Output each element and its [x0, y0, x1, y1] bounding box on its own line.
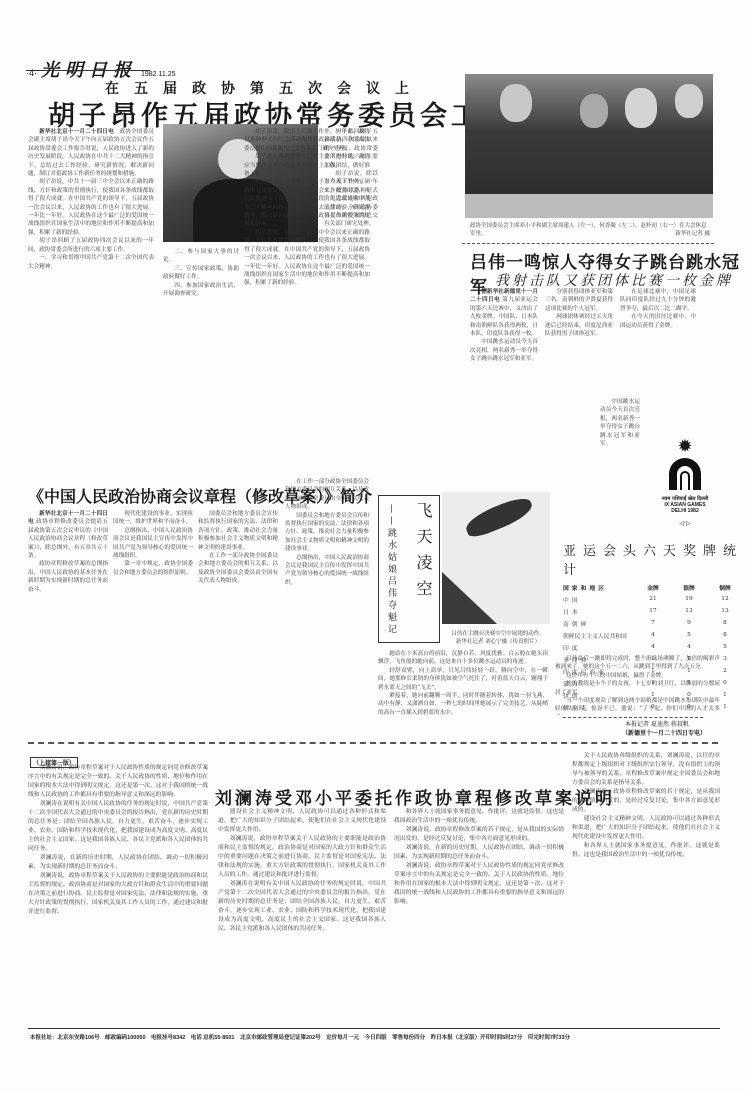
masthead-rule [26, 70, 150, 71]
medal-table-title: 亚运会头六天奖牌统计 [563, 540, 743, 578]
continued-col-1: 刘澜涛说，政协章程草案对于人民政协性质的规定同党章修改草案序言中的有关规定是完全… [28, 764, 208, 1024]
leaders-photo-caption: 政协全国委员会主席邓小平和副主席周建人（左一），何香凝（左二）、赵朴初（右一）在… [470, 222, 710, 238]
table-row: 印度445 [563, 641, 743, 653]
sun-icon: ✹ [645, 438, 725, 456]
diving-board-shadow [442, 572, 497, 624]
sports-col-1: 据新华社新德里十一月二十四日电 第九届亚运会的第六天比赛中，又决出了九枚金牌。中… [470, 288, 538, 391]
feature-col-1: 她站在十米高台的前沿，沉静自若，风度优雅。白云般在她头顶飘浮。飞鱼般的她向前，这… [378, 650, 548, 740]
table-row: 南朝鲜798 [563, 617, 743, 629]
table-row: 中国211912 [563, 593, 743, 605]
diver-photo [442, 492, 550, 624]
lead-article-col-1: 新华社北京十一月二十四日电 政协全国委员会副主席胡子昂今天下午向五届政协五次会议… [28, 128, 154, 468]
table-row: 日本171313 [563, 605, 743, 617]
charter-col-4: 在工作一部分政协全国委员会和地方委员会的相互关系，以及政协全国委员会委员由全国有… [285, 478, 369, 735]
section-divider [28, 742, 718, 744]
photo-table [465, 194, 713, 218]
photo-head-1 [500, 84, 532, 122]
lead-article-col-4: 胡子昂回顾了五届政协四次会议以来的一年间，政协常委会所进行的六项主要工作。 胡子… [324, 128, 378, 288]
sports-col-2: 分别获得团体亚军和第三名。南朝鲜的尹贤夏获得这项比赛的个人冠军。 网球团体赛经过… [545, 288, 613, 391]
sports-subheadline: 我射击队又获团体比赛一枚金牌 [495, 270, 733, 290]
continued-col-2: 建设社会主义精神文明，人民政协可以通过各种形式和渠道，把广大的知识分子团结起来，… [218, 808, 386, 1024]
issue-date: 1982.11.25 [141, 71, 176, 78]
divider-glyph: ◁·▷ [645, 520, 725, 527]
table-row: 朝鲜民主主义人民共和国458 [563, 629, 743, 641]
footer-imprint: 本报社址：北京东安路106号 邮政编码100050 电报挂号8342 电话 总机… [30, 1033, 570, 1041]
footer-rule [28, 1028, 720, 1029]
diver-figure [462, 494, 535, 541]
emblem-line-2: DELHI 1982 [645, 508, 725, 514]
arch-emblem-icon [665, 456, 705, 492]
lead-article-col-2: 二、参与国家大事的讨论。 三、宣传国家政策，协助政府做好工作。 四、参加国家政治… [163, 248, 239, 468]
medal-table-header: 国家和地区 金牌 银牌 铜牌 [563, 582, 743, 593]
photo-head-4 [675, 84, 703, 118]
charter-col-1: 新华社北京十一月二十四日电 政协章程修改委员会提请五届政协第五次会议审议的《中国… [28, 510, 108, 735]
photo-head-2 [580, 94, 608, 128]
feature-byline: 本报记者 夏迪然 蒋叔帆 [625, 719, 689, 728]
continued-col-4: 关于人民政协各级组织的关系，刘澜涛说，以往的章程都规定上级组织对下级组织实行领导… [572, 752, 720, 1024]
asian-games-emblem: ✹ नवम एशियाई खेल दिल्ली IX ASIAN GAMES D… [645, 438, 725, 527]
photo-head-3 [625, 88, 657, 128]
feature-dispatch: （新德里十一月二十四日专电） [622, 728, 706, 737]
charter-col-3: 国委员会和地方委员会宣传和监督执行国家的宪法、法律和各项方针、政策。推动社会力量… [198, 510, 278, 735]
diver-photo-caption: 吕伟在主跳台决赛中空中展翅的动作。 新华社记者 刘心宁摄（传真照片） [442, 630, 554, 646]
medal-table-rule [563, 717, 703, 718]
feature-subtitle: ——跳水姑娘吕伟夺魁记 [385, 504, 398, 636]
sports-col-4: 中国跳水运动员今天首次亮相，两名新秀一举夺得女子跳台跳水冠军和亚军。 [600, 398, 640, 493]
lead-dateline: 新华社北京十一月二十四日电 [39, 129, 114, 135]
feature-title: 飞天凌空 [412, 502, 435, 606]
sports-box-rule [462, 243, 714, 244]
leaders-photo-credit: 新华社记者 摄 [675, 230, 710, 238]
continued-headline: 刘澜涛受邓小平委托作政协章程修改草案说明 [215, 784, 615, 809]
charter-col-2: 现代化建设的事业，实现祖国统一，维护世界和平而奋斗。 总纲指出，中国人民政治协商… [113, 510, 193, 735]
continued-col-3: 和各界人士就国家事务提意见，作批评。这就是监督。这也是我国政治生活中的一项优良传… [394, 808, 564, 1024]
feature-title-box: 飞天凌空 ——跳水姑娘吕伟夺魁记 [378, 495, 440, 643]
feature-col-2: 吕伟最后一跳即将完成时，整个游泳场沸腾了，加倍的喝彩声被涌来了。她的这个五一二六… [555, 655, 720, 715]
leaders-photo [465, 74, 713, 218]
